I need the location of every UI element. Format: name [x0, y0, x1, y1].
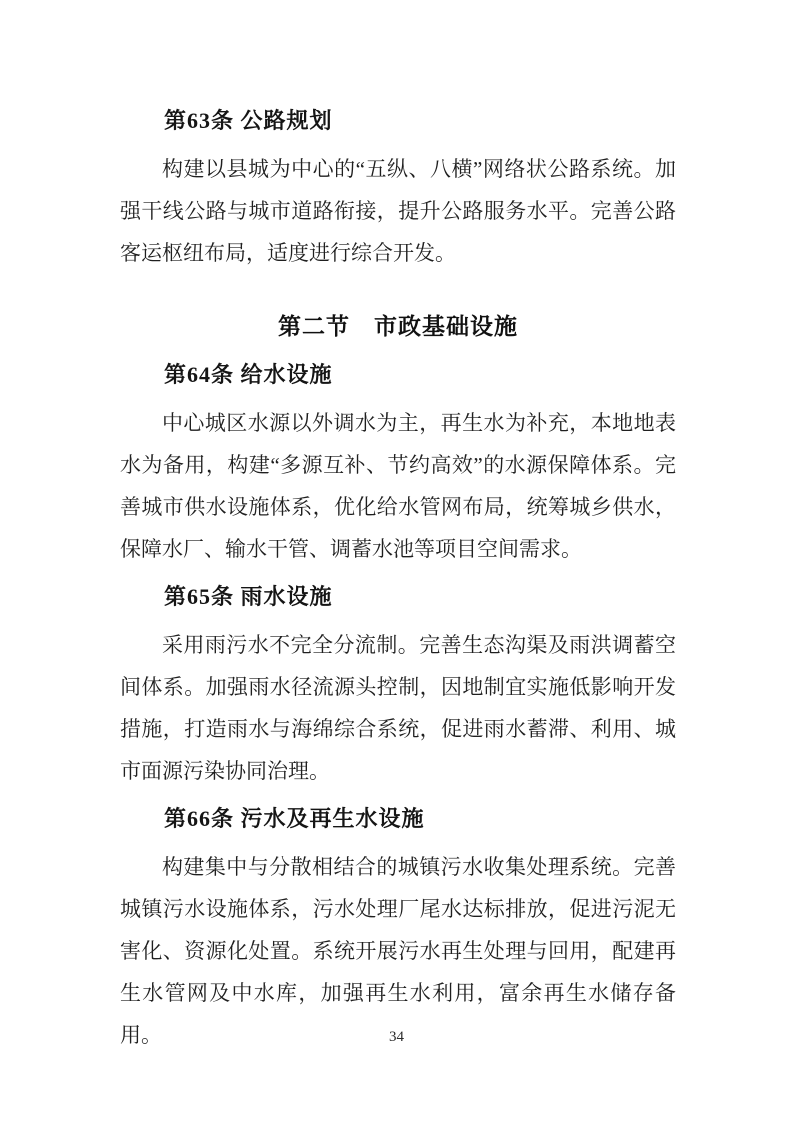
article-65-heading: 第65条 雨水设施: [120, 576, 676, 618]
article-63-paragraph: 构建以县城为中心的“五纵、八横”网络状公路系统。加强干线公路与城市道路衔接，提升…: [120, 148, 676, 274]
section-2-heading: 第二节 市政基础设施: [120, 304, 676, 348]
page-content: 第63条 公路规划 构建以县城为中心的“五纵、八横”网络状公路系统。加强干线公路…: [120, 100, 676, 1062]
article-65-paragraph: 采用雨污水不完全分流制。完善生态沟渠及雨洪调蓄空间体系。加强雨水径流源头控制，因…: [120, 624, 676, 792]
article-64-paragraph: 中心城区水源以外调水为主，再生水为补充，本地地表水为备用，构建“多源互补、节约高…: [120, 402, 676, 570]
article-66-paragraph: 构建集中与分散相结合的城镇污水收集处理系统。完善城镇污水设施体系，污水处理厂尾水…: [120, 846, 676, 1056]
article-66-heading: 第66条 污水及再生水设施: [120, 798, 676, 840]
document-page: 第63条 公路规划 构建以县城为中心的“五纵、八横”网络状公路系统。加强干线公路…: [0, 0, 793, 1122]
article-63-heading: 第63条 公路规划: [120, 100, 676, 142]
article-64-heading: 第64条 给水设施: [120, 354, 676, 396]
page-number: 34: [0, 1026, 793, 1048]
